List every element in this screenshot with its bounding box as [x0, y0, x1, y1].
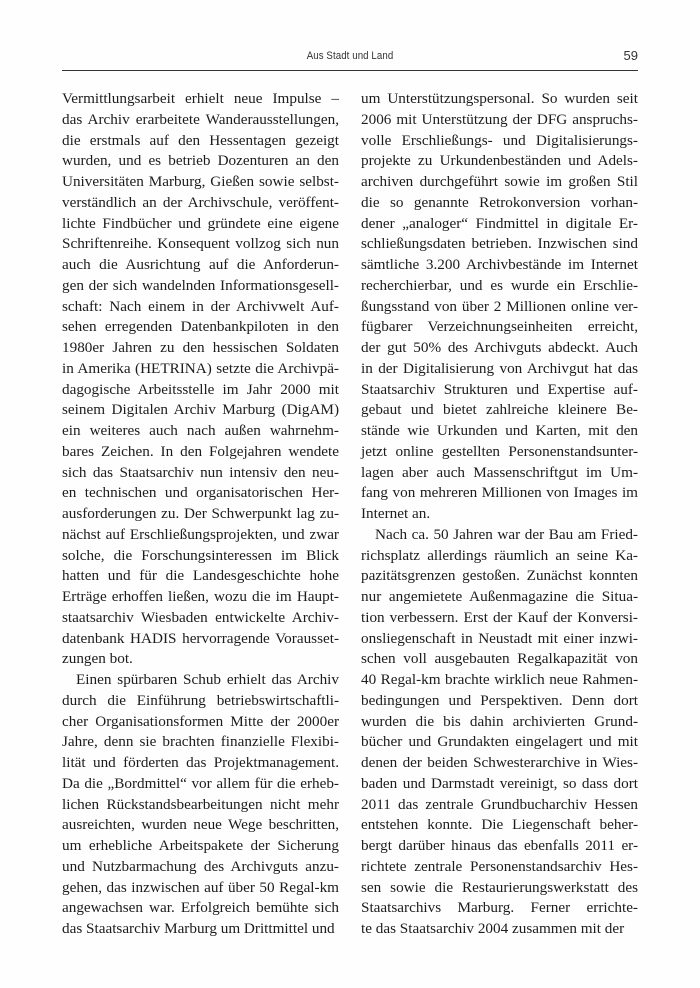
text-line: gebaut und bietet zahlreiche kleinere Be… — [361, 400, 638, 421]
text-line: wurden, und es betrieb Dozenturen an den — [62, 151, 339, 172]
text-line: Staatsarchivs Marburg. Ferner errichte- — [361, 898, 638, 919]
text-line: hatten und für die Landesgeschichte hohe — [62, 566, 339, 587]
right-column: um Unterstützungspersonal. So wurden sei… — [361, 89, 638, 940]
text-line: lichen Rückstandsbearbeitungen nicht meh… — [62, 795, 339, 816]
text-line: richsplatz allerdings räumlich an seine … — [361, 546, 638, 567]
text-line: projekte zu Urkundenbeständen und Adels- — [361, 151, 638, 172]
text-line: pazitätsgrenzen gestoßen. Zunächst konnt… — [361, 566, 638, 587]
left-column: Vermittlungsarbeit erhielt neue Impulse … — [62, 89, 339, 940]
text-line: schließungsdaten betrieben. Inzwischen s… — [361, 234, 638, 255]
text-line: gen der sich wandelnden Informationsgese… — [62, 276, 339, 297]
running-header: Aus Stadt und Land 59 — [62, 48, 638, 68]
text-line: datenbank HADIS hervorragende Vorausset- — [62, 629, 339, 650]
text-line: 2011 das zentrale Grundbucharchiv Hessen — [361, 795, 638, 816]
text-line: sämtliche 3.200 Archivbestände im Intern… — [361, 255, 638, 276]
text-line: dener „analoger“ Findmittel in digitale … — [361, 214, 638, 235]
text-line: baden und Darmstadt vereinigt, so dass d… — [361, 774, 638, 795]
text-line: bergt darüber hinaus das ebenfalls 2011 … — [361, 836, 638, 857]
text-line: ausforderungen zu. Der Schwerpunkt lag z… — [62, 504, 339, 525]
text-line: denen der beiden Schwesterarchive in Wie… — [361, 753, 638, 774]
text-line: dagogische Arbeitsstelle im Jahr 2000 mi… — [62, 380, 339, 401]
text-line: in der Digitalisierung von Archivgut hat… — [361, 359, 638, 380]
text-line: die so genannte Retrokonversion vorhan- — [361, 193, 638, 214]
text-line: die erstmals auf den Hessentagen gezeigt — [62, 131, 339, 152]
text-line: um Unterstützungspersonal. So wurden sei… — [361, 89, 638, 110]
text-line: stände wie Urkunden und Karten, mit den — [361, 421, 638, 442]
text-line: Erträge erhoffen ließen, wozu die im Hau… — [62, 587, 339, 608]
text-line: recherchierbar, und es wurde ein Erschli… — [361, 276, 638, 297]
text-line: ein weiteres auch nach außen wahrnehm- — [62, 421, 339, 442]
text-line: sehen erregenden Datenbankpiloten in den — [62, 317, 339, 338]
text-line: nächst auf Erschließungsprojekten, und z… — [62, 525, 339, 546]
text-line: ausreichten, wurden neue Wege beschritte… — [62, 815, 339, 836]
text-line: Staatsarchiv Strukturen und Expertise au… — [361, 380, 638, 401]
text-line: en technischen und organisatorischen Her… — [62, 483, 339, 504]
text-line: gehen, das inzwischen auf über 50 Regal-… — [62, 878, 339, 899]
text-line: staatsarchiv Wiesbaden entwickelte Archi… — [62, 608, 339, 629]
text-line: 40 Regal-km brachte wirklich neue Rahmen… — [361, 670, 638, 691]
text-line: richtete zentrale Personenstandsarchiv H… — [361, 857, 638, 878]
text-line: fang von mehreren Millionen von Images i… — [361, 483, 638, 504]
text-line: seinem Digitalen Archiv Marburg (DigAM) — [62, 400, 339, 421]
text-line: Universitäten Marburg, Gießen sowie selb… — [62, 172, 339, 193]
text-line: lität und förderten das Projektmanagemen… — [62, 753, 339, 774]
text-line: cher Organisationsformen Mitte der 2000e… — [62, 712, 339, 733]
text-line: Da die „Bordmittel“ vor allem für die er… — [62, 774, 339, 795]
text-line: bücher und Grundakten eingelagert und mi… — [361, 732, 638, 753]
header-rule — [62, 70, 638, 71]
text-line: schaft: Nach einem in der Archivwelt Auf… — [62, 297, 339, 318]
text-line: Jahre, denn sie brachten finanzielle Fle… — [62, 732, 339, 753]
text-line: und Nutzbarmachung des Archivguts anzu- — [62, 857, 339, 878]
text-line: 2006 mit Unterstützung der DFG anspruchs… — [361, 110, 638, 131]
text-line: das Archiv erarbeitete Wanderausstellung… — [62, 110, 339, 131]
text-line: sen sowie die Restaurierungswerkstatt de… — [361, 878, 638, 899]
text-line: Vermittlungsarbeit erhielt neue Impulse … — [62, 89, 339, 110]
text-line: fügbarer Verzeichnungseinheiten erreicht… — [361, 317, 638, 338]
text-line: lagen aber auch Massenschriftgut im Um- — [361, 463, 638, 484]
text-line: Schriftenreihe. Konsequent vollzog sich … — [62, 234, 339, 255]
text-line: bares Zeichen. In den Folgejahren wendet… — [62, 442, 339, 463]
text-line: ßungsstand von über 2 Millionen online v… — [361, 297, 638, 318]
text-line: durch die Einführung betriebswirtschaftl… — [62, 691, 339, 712]
text-line: um erhebliche Arbeitspakete der Sicherun… — [62, 836, 339, 857]
text-line: entstehen konnte. Die Liegenschaft beher… — [361, 815, 638, 836]
book-page: Aus Stadt und Land 59 Vermittlungsarbeit… — [0, 0, 700, 988]
text-line: volle Erschließungs- und Digitalisierung… — [361, 131, 638, 152]
running-title: Aus Stadt und Land — [97, 50, 604, 62]
text-line: der gut 50% des Archivguts abdeckt. Auch — [361, 338, 638, 359]
text-line: das Staatsarchiv Marburg um Drittmittel … — [62, 919, 339, 940]
text-line: schen voll ausgebauten Regalkapazität vo… — [361, 649, 638, 670]
text-line: nur angemietete Außenmagazine die Situa- — [361, 587, 638, 608]
page-number: 59 — [624, 48, 638, 63]
text-line: zungen bot. — [62, 649, 339, 670]
text-line: jetzt online gestellten Personenstandsun… — [361, 442, 638, 463]
text-line: sich das Staatsarchiv nun intensiv den n… — [62, 463, 339, 484]
text-line: Internet an. — [361, 504, 638, 525]
text-line: te das Staatsarchiv 2004 zusammen mit de… — [361, 919, 638, 940]
text-line: angewachsen war. Erfolgreich bemühte sic… — [62, 898, 339, 919]
text-line: verständlich an der Archivschule, veröff… — [62, 193, 339, 214]
text-line: archiven durchgeführt sowie im großen St… — [361, 172, 638, 193]
text-line: 1980er Jahren zu den hessischen Soldaten — [62, 338, 339, 359]
text-line: auch die Ausrichtung auf die Anforderun- — [62, 255, 339, 276]
text-line: in Amerika (HETRINA) setzte die Archivpä… — [62, 359, 339, 380]
text-line: lichte Findbücher und gründete eine eige… — [62, 214, 339, 235]
text-line: tion verbessern. Erst der Kauf der Konve… — [361, 608, 638, 629]
text-line: onsliegenschaft in Neustadt mit einer in… — [361, 629, 638, 650]
text-line: bedingungen und Perspektiven. Denn dort — [361, 691, 638, 712]
text-line: wurden die bis dahin archivierten Grund- — [361, 712, 638, 733]
text-line: Nach ca. 50 Jahren war der Bau am Fried- — [361, 525, 638, 546]
text-line: solche, die Forschungsinteressen im Blic… — [62, 546, 339, 567]
text-line: Einen spürbaren Schub erhielt das Archiv — [62, 670, 339, 691]
